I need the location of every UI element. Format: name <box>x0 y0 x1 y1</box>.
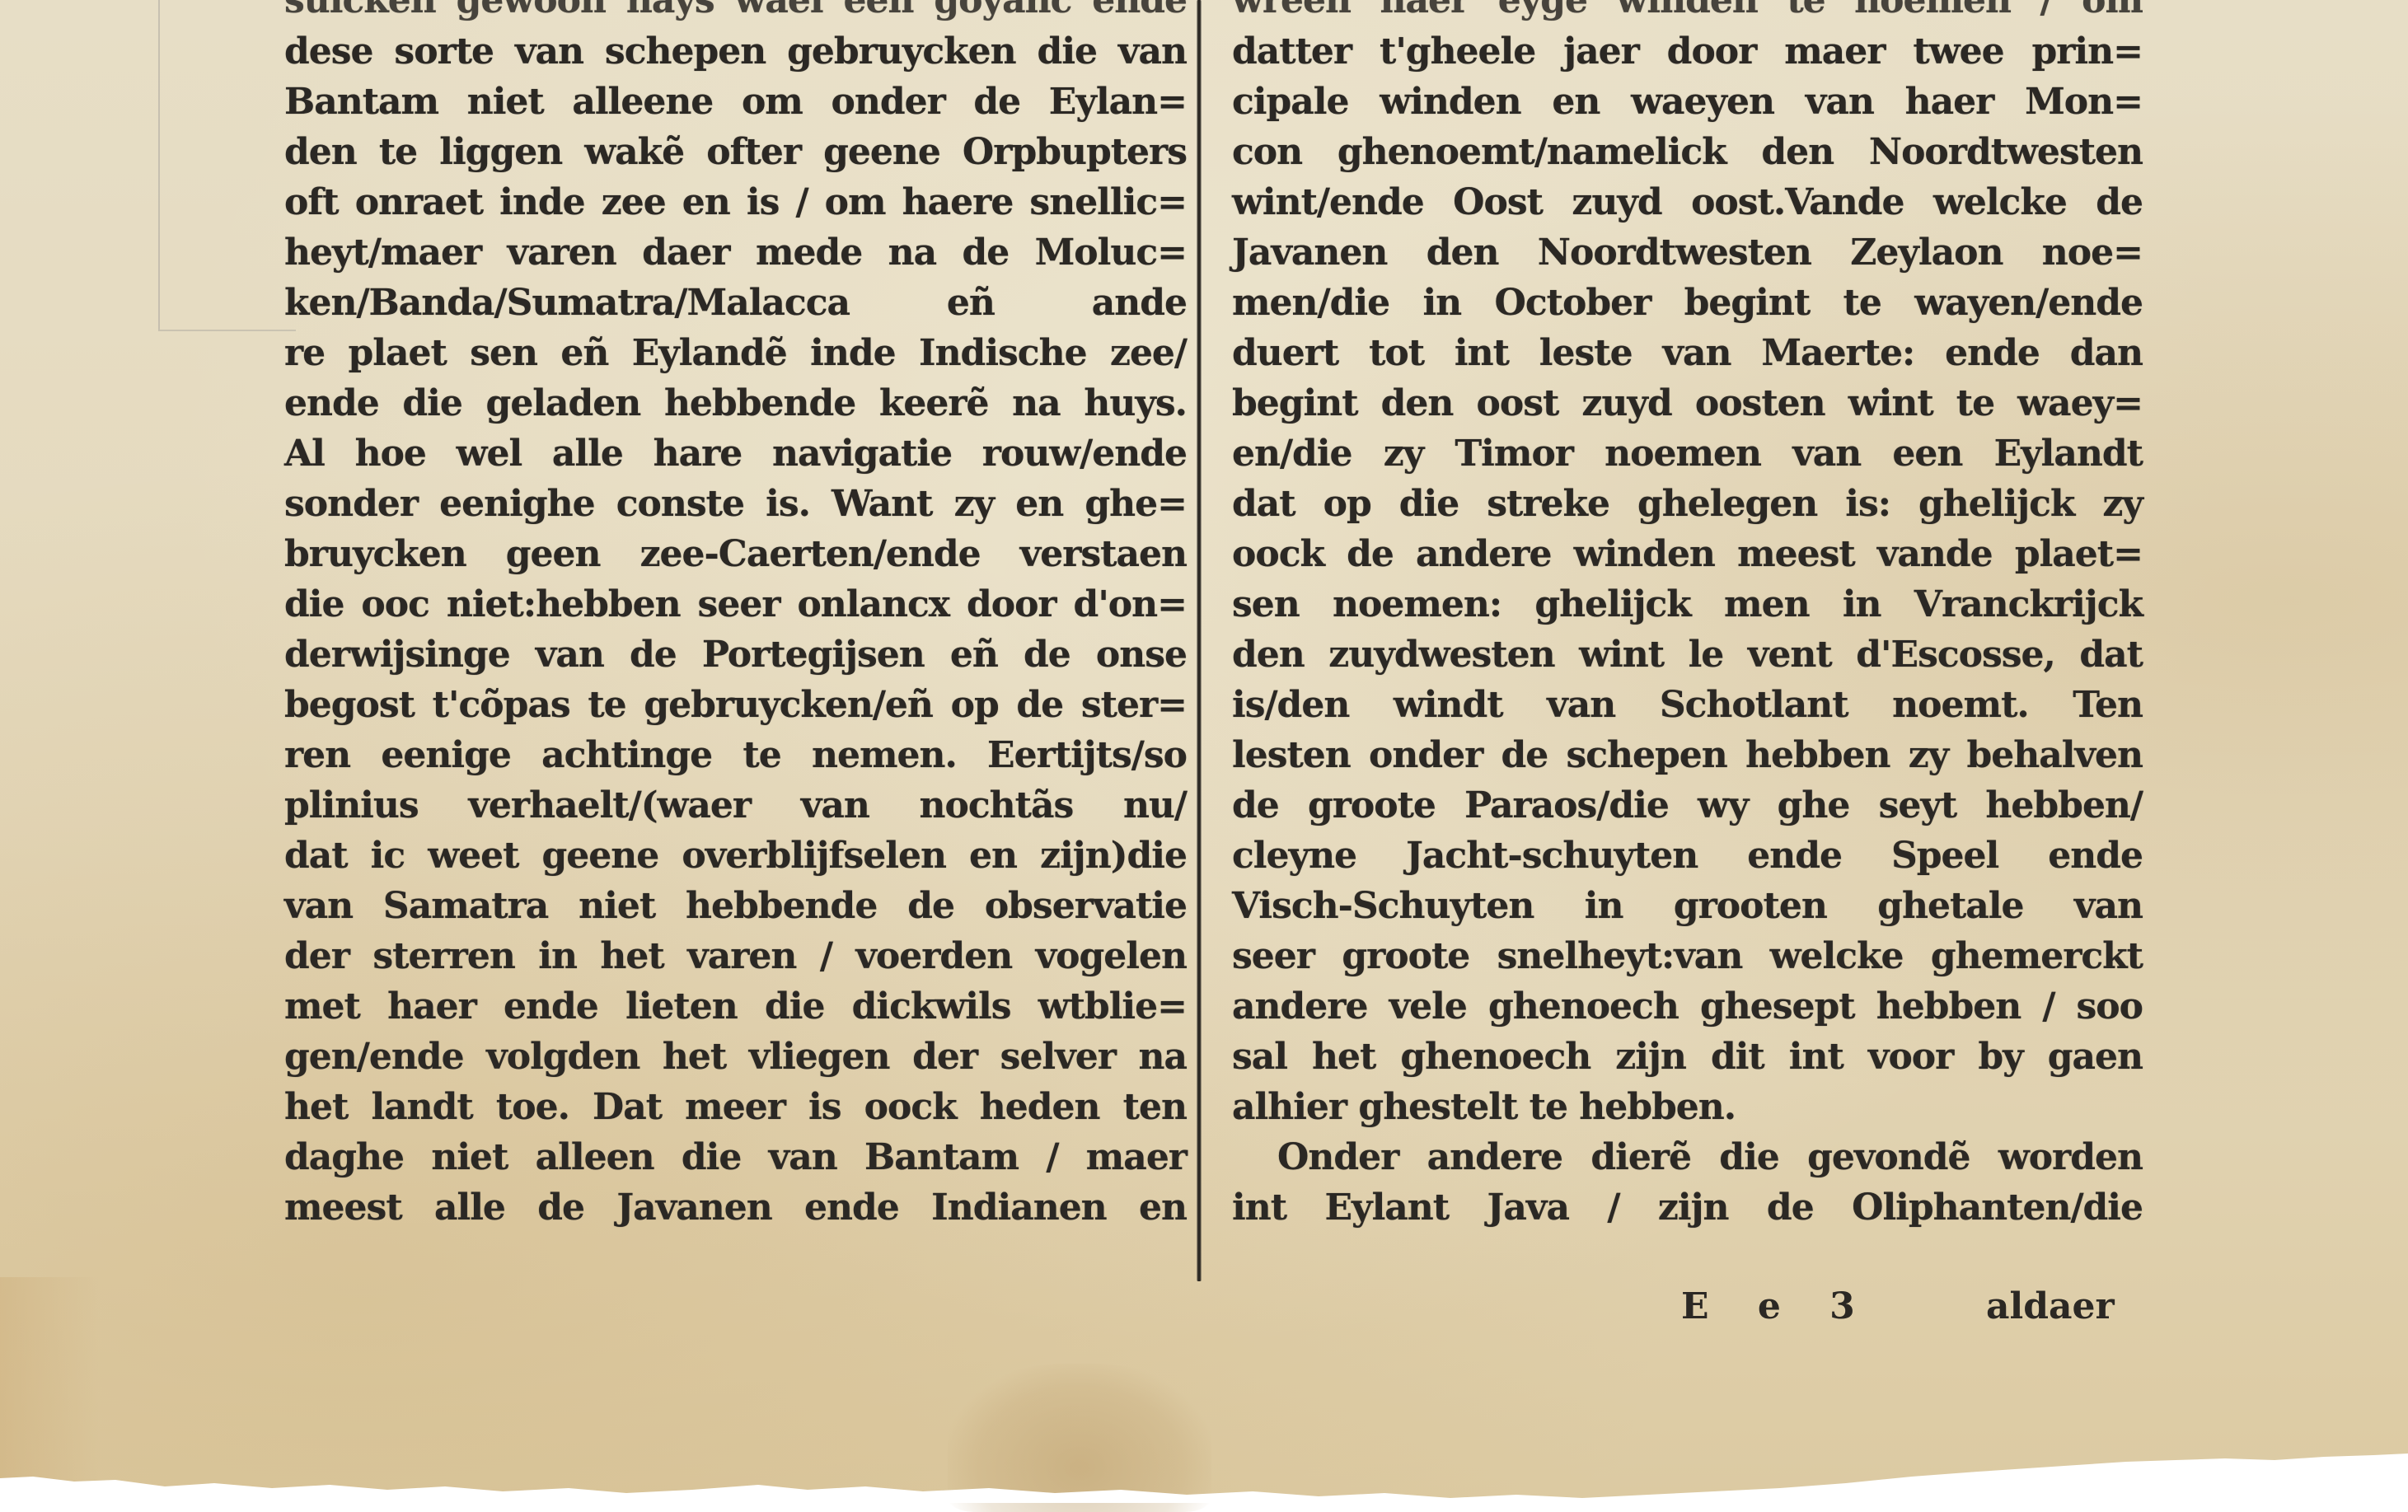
text-line: andere vele ghenoech ghesept hebben / so… <box>1232 981 2143 1032</box>
text-line: dat op die streke ghelegen is: ghelijck … <box>1232 479 2143 529</box>
text-line: duert tot int leste van Maerte: ende dan <box>1232 328 2143 378</box>
text-line: ende die geladen hebbende keerẽ na huys. <box>284 378 1187 428</box>
text-line: heyt/maer varen daer mede na de Moluc= <box>284 227 1187 278</box>
text-line: sen noemen: ghelijck men in Vranckrijck <box>1232 579 2143 630</box>
text-line: van Samatra niet hebbende de observatie <box>284 881 1187 931</box>
catchword: aldaer <box>1986 1281 2115 1332</box>
text-line: Visch-Schuyten in grooten ghetale van <box>1232 881 2143 931</box>
text-line: den te liggen wakẽ ofter geene Orpbupter… <box>284 127 1187 177</box>
text-line: meest alle de Javanen ende Indianen en <box>284 1182 1187 1233</box>
text-line: plinius verhaelt/(waer van nochtãs nu/ <box>284 780 1187 831</box>
text-line: oock de andere winden meest vande plaet= <box>1232 529 2143 579</box>
scanned-page: sulcken gewoon hays wael een goyanc ende… <box>0 0 2408 1503</box>
text-line: begint den oost zuyd oosten wint te waey… <box>1232 378 2143 428</box>
text-line: begost t'cõpas te gebruycken/eñ op de st… <box>284 680 1187 730</box>
text-line: Javanen den Noordtwesten Zeylaon noe= <box>1232 227 2143 278</box>
text-line: sulcken gewoon hays wael een goyanc ende <box>284 0 1187 26</box>
text-line: met haer ende lieten die dickwils wtblie… <box>284 981 1187 1032</box>
text-line: dat ic weet geene overblijfselen en zijn… <box>284 831 1187 881</box>
text-line: re plaet sen eñ Eylandẽ inde Indische ze… <box>284 328 1187 378</box>
text-line: daghe niet alleen die van Bantam / maer <box>284 1132 1187 1182</box>
text-line: seer groote snelheyt:van welcke ghemerck… <box>1232 931 2143 981</box>
text-line: den zuydwesten wint le vent d'Escosse, d… <box>1232 630 2143 680</box>
text-line: sal het ghenoech zijn dit int voor by ga… <box>1232 1032 2143 1082</box>
text-line: cleyne Jacht-schuyten ende Speel ende <box>1232 831 2143 881</box>
text-line: de groote Paraos/die wy ghe seyt hebben/ <box>1232 780 2143 831</box>
pencil-mark <box>158 0 296 331</box>
text-line: Al hoe wel alle hare navigatie rouw/ende <box>284 428 1187 479</box>
text-line: en/die zy Timor noemen van een Eylandt <box>1232 428 2143 479</box>
text-line: gen/ende volgden het vliegen der selver … <box>284 1032 1187 1082</box>
text-line: Bantam niet alleene om onder de Eylan= <box>284 77 1187 127</box>
text-line: con ghenoemt/namelick den Noordtwesten <box>1232 127 2143 177</box>
text-line: bruycken geen zee-Caerten/ende verstaen <box>284 529 1187 579</box>
text-line: wreen haer eyge winden te noemen / om <box>1232 0 2143 26</box>
text-line: men/die in October begint te wayen/ende <box>1232 278 2143 328</box>
text-line: der sterren in het varen / voerden vogel… <box>284 931 1187 981</box>
text-line: ken/Banda/Sumatra/Malacca eñ ande <box>284 278 1187 328</box>
text-line: oft onraet inde zee en is / om haere sne… <box>284 177 1187 227</box>
text-line: Onder andere dierẽ die gevondẽ worden <box>1232 1132 2143 1182</box>
text-line: dese sorte van schepen gebruycken die va… <box>284 26 1187 77</box>
text-line: datter t'gheele jaer door maer twee prin… <box>1232 26 2143 77</box>
text-line: lesten onder de schepen hebben zy behalv… <box>1232 730 2143 780</box>
signature-mark: E e 3 <box>1681 1281 1873 1332</box>
text-line: sonder eenighe conste is. Want zy en ghe… <box>284 479 1187 529</box>
text-line: alhier ghestelt te hebben. <box>1232 1082 2143 1132</box>
column-divider <box>1197 0 1202 1281</box>
text-line: is/den windt van Schotlant noemt. Ten <box>1232 680 2143 730</box>
text-line: het landt toe. Dat meer is oock heden te… <box>284 1082 1187 1132</box>
text-line: wint/ende Oost zuyd oost.Vande welcke de <box>1232 177 2143 227</box>
text-line: cipale winden en waeyen van haer Mon= <box>1232 77 2143 127</box>
text-line: ren eenige achtinge te nemen. Eertijts/s… <box>284 730 1187 780</box>
torn-paper-edge <box>0 1453 2408 1503</box>
text-line: derwijsinge van de Portegijsen eñ de ons… <box>284 630 1187 680</box>
text-line: int Eylant Java / zijn de Oliphanten/die <box>1232 1182 2143 1233</box>
text-line: die ooc niet:hebben seer onlancx door d'… <box>284 579 1187 630</box>
